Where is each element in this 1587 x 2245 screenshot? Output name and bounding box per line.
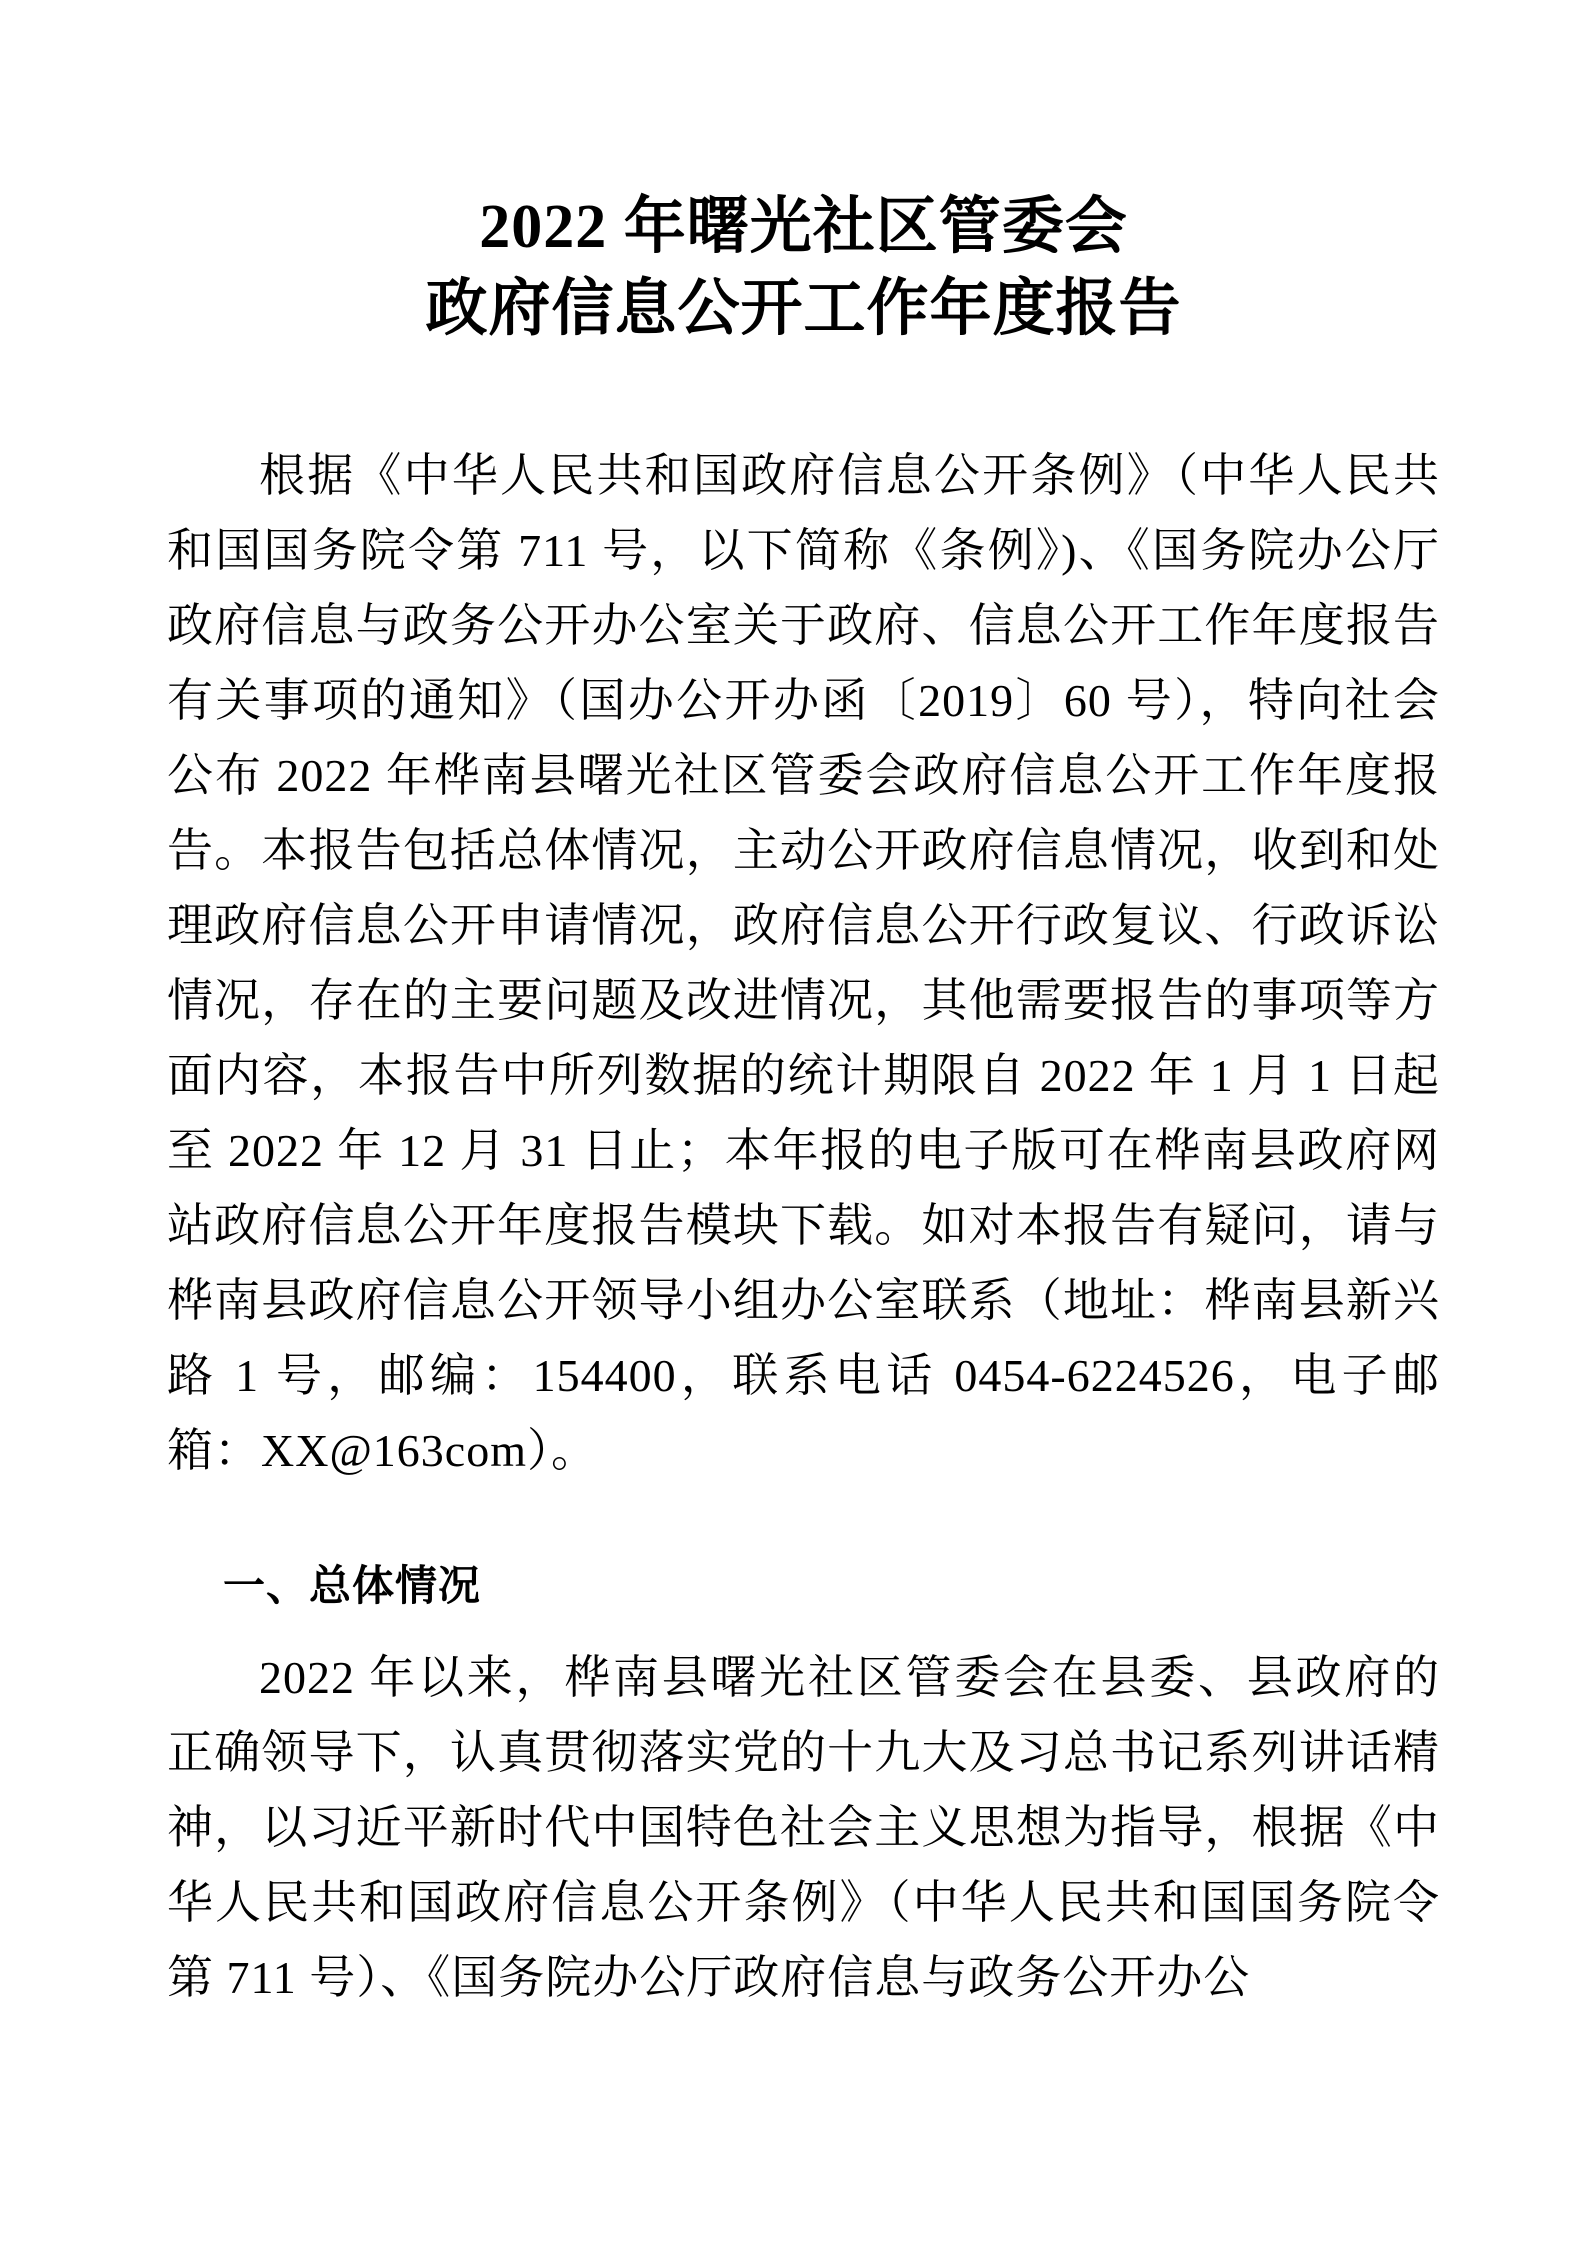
document-title: 2022 年曙光社区管委会 政府信息公开工作年度报告 <box>167 0 1440 350</box>
section-heading-overall-situation: 一、总体情况 <box>167 1554 1440 1618</box>
document-content: 2022 年曙光社区管委会 政府信息公开工作年度报告 根据《中华人民共和国政府信… <box>167 0 1440 2015</box>
overall-situation-paragraph: 2022 年以来，桦南县曙光社区管委会在县委、县政府的正确领导下，认真贯彻落实党… <box>167 1640 1440 2015</box>
document-title-line2: 政府信息公开工作年度报告 <box>167 268 1440 350</box>
document-page: 2022 年曙光社区管委会 政府信息公开工作年度报告 根据《中华人民共和国政府信… <box>0 0 1587 2245</box>
document-title-line1: 2022 年曙光社区管委会 <box>167 186 1440 268</box>
intro-paragraph: 根据《中华人民共和国政府信息公开条例》（中华人民共和国国务院令第 711 号，以… <box>167 438 1440 1488</box>
